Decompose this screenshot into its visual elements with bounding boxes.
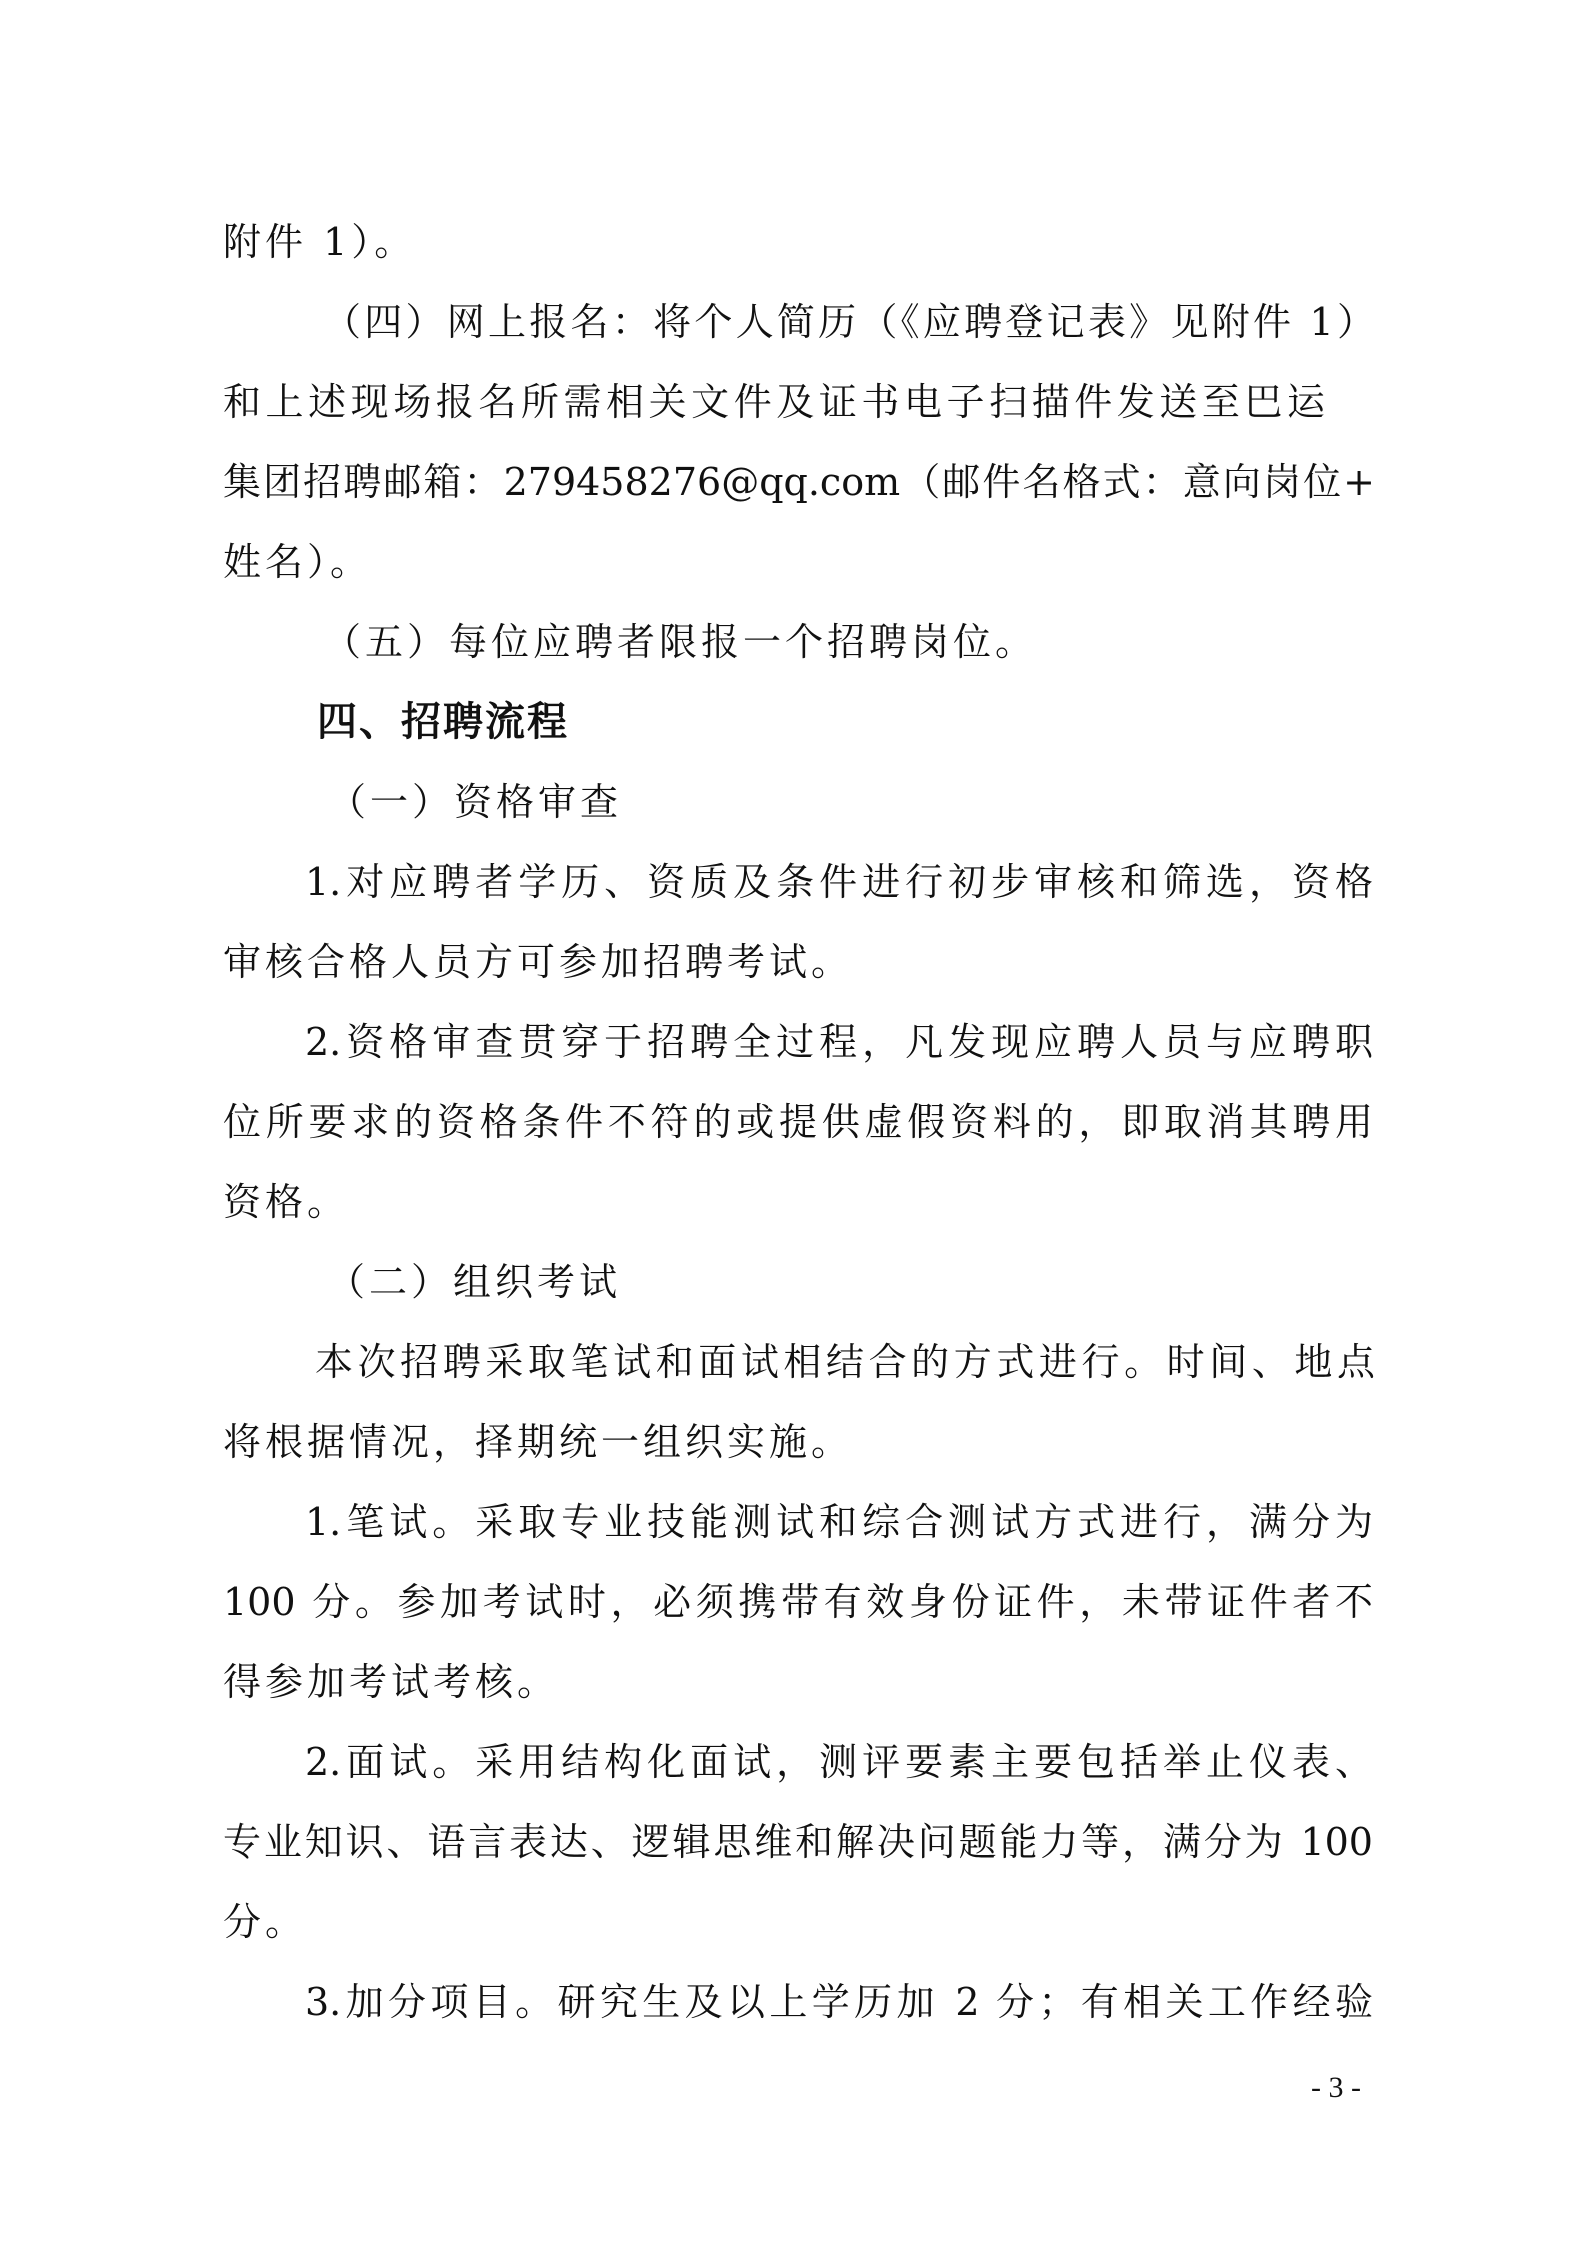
document-page: 附件 1）。 （四）网上报名：将个人简历（《应聘登记表》见附件 1） 和上述现场… <box>0 0 1587 2245</box>
paragraph-line-bonus-points: 3.加分项目。研究生及以上学历加 2 分；有相关工作经验 <box>305 1972 1373 2032</box>
paragraph-line-interview: 2.面试。采用结构化面试，测评要素主要包括举止仪表、 <box>305 1732 1373 1792</box>
paragraph-line: 100 分。参加考试时，必须携带有效身份证件，未带证件者不 <box>223 1572 1373 1632</box>
subsection-heading-qualification: （一）资格审查 <box>328 772 622 832</box>
paragraph-line: 和上述现场报名所需相关文件及证书电子扫描件发送至巴运 <box>223 372 1325 432</box>
paragraph-line-attachment-tail: 附件 1）。 <box>223 212 416 272</box>
paragraph-line: 得参加考试考核。 <box>223 1652 559 1712</box>
subsection-heading-exam: （二）组织考试 <box>327 1252 621 1312</box>
paragraph-line: 位所要求的资格条件不符的或提供虚假资料的，即取消其聘用 <box>223 1092 1373 1152</box>
paragraph-line: 资格。 <box>223 1172 349 1232</box>
paragraph-line-limit-rule: （五）每位应聘者限报一个招聘岗位。 <box>323 612 1037 672</box>
paragraph-line-online-registration: （四）网上报名：将个人简历（《应聘登记表》见附件 1） <box>323 292 1375 352</box>
paragraph-line: 2.资格审查贯穿于招聘全过程，凡发现应聘人员与应聘职 <box>305 1012 1373 1072</box>
paragraph-line: 将根据情况，择期统一组织实施。 <box>223 1412 853 1472</box>
paragraph-line-email: 集团招聘邮箱：279458276@qq.com（邮件名格式：意向岗位+ <box>223 452 1375 512</box>
paragraph-line-written-exam: 1.笔试。采取专业技能测试和综合测试方式进行，满分为 <box>305 1492 1373 1552</box>
paragraph-line: 姓名）。 <box>223 532 372 592</box>
paragraph-line: 本次招聘采取笔试和面试相结合的方式进行。时间、地点 <box>315 1332 1375 1392</box>
page-number: - 3 - <box>1296 2068 1376 2108</box>
paragraph-line: 1.对应聘者学历、资质及条件进行初步审核和筛选，资格 <box>305 852 1373 912</box>
paragraph-line: 审核合格人员方可参加招聘考试。 <box>223 932 853 992</box>
section-heading: 四、招聘流程 <box>317 692 569 752</box>
paragraph-line: 分。 <box>223 1892 307 1952</box>
paragraph-line: 专业知识、语言表达、逻辑思维和解决问题能力等，满分为 100 <box>223 1812 1373 1872</box>
